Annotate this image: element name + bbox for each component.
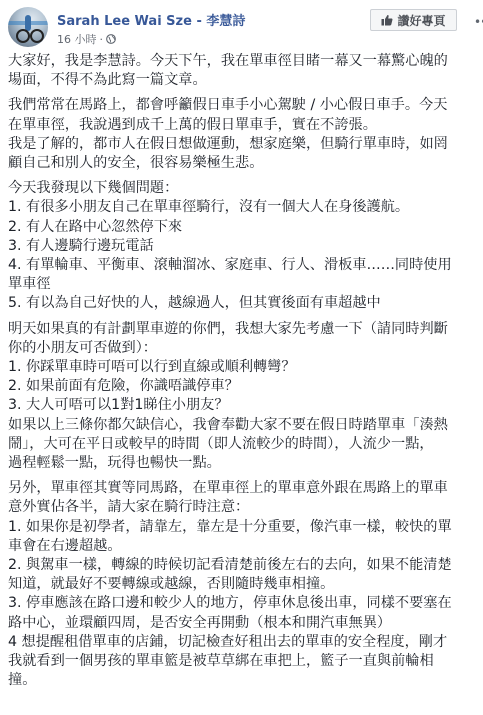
text-line: 在單車徑，我說遇到成千上萬的假日單車手，實在不誇張。 bbox=[8, 116, 478, 135]
list-item: 4. 有單輪車、平衡車、滾軸溜冰、家庭車、行人、滑板車……同時使用 bbox=[8, 256, 478, 275]
author-avatar[interactable] bbox=[8, 7, 48, 47]
list-item: 3. 停車應該在路口邊和較少人的地方，停車休息後出車，同樣不要塞在 bbox=[8, 594, 478, 613]
list-item: 4 想提醒租借單車的店鋪，切記檢查好租出去的單車的安全程度，剛才 bbox=[8, 633, 478, 652]
list-item: 車會在右邊超越。 bbox=[8, 537, 478, 556]
more-options-button[interactable]: ••• bbox=[474, 15, 483, 29]
text-line: 意外實佔各半，請大家在騎行時注意： bbox=[8, 498, 478, 517]
list-item: 1. 你踩單車時可唔可以行到直線或順利轉彎？ bbox=[8, 358, 478, 377]
list-item: 我就看到一個男孩的單車籃是被草草綁在車把上，籃子一直與前輪相 bbox=[8, 652, 478, 671]
post-body: 大家好，我是李慧詩。今天下午，我在單車徑目睹一幕又一幕驚心魄的 場面，不得不為此… bbox=[8, 52, 478, 697]
meta-separator: · bbox=[100, 33, 104, 46]
author-name-link[interactable]: Sarah Lee Wai Sze - 李慧詩 bbox=[57, 10, 245, 29]
list-item: 1. 有很多小朋友自己在單車徑騎行，沒有一個大人在身後護航。 bbox=[8, 198, 478, 217]
paragraph-context: 我們常常在馬路上，都會呼籲假日車手小心駕駛 / 小心假日車手。今天 在單車徑，我… bbox=[8, 96, 478, 173]
text-line: 如果以上三條你都欠缺信心，我會奉勸大家不要在假日時踏單車「湊熱 bbox=[8, 416, 478, 435]
list-item: 5. 有以為自己好快的人，越線過人，但其實後面有車超越中 bbox=[8, 294, 478, 313]
like-page-label: 讚好專頁 bbox=[397, 12, 445, 29]
text-line: 我們常常在馬路上，都會呼籲假日車手小心駕駛 / 小心假日車手。今天 bbox=[8, 96, 478, 115]
list-item: 2. 與駕車一樣，轉線的時候切記看清楚前後左右的去向，如果不能清楚 bbox=[8, 556, 478, 575]
text-line: 鬧」，大可在平日或較早的時間（即人流較少的時間），人流少一點， bbox=[8, 435, 478, 454]
globe-icon[interactable] bbox=[106, 34, 116, 44]
text-line: 我是了解的，都市人在假日想做運動，想家庭樂，但騎行單車時，如罔 bbox=[8, 135, 478, 154]
list-item: 路中心，並環顧四周，是否安全再開動（根本和開汽車無異） bbox=[8, 614, 478, 633]
post-meta: 16 小時 · bbox=[57, 31, 116, 47]
list-item: 2. 如果前面有危險，你識唔識停車？ bbox=[8, 377, 478, 396]
text-line: 你的小朋友可否做到）： bbox=[8, 339, 478, 358]
list-item: 3. 有人邊騎行邊玩電話 bbox=[8, 237, 478, 256]
paragraph-safety-tips: 另外，單車徑其實等同馬路，在單車徑上的單車意外跟在馬路上的單車 意外實佔各半，請… bbox=[8, 479, 478, 690]
list-item: 2. 有人在路中心忽然停下來 bbox=[8, 218, 478, 237]
list-item: 單車徑 bbox=[8, 275, 478, 294]
text-line: 另外，單車徑其實等同馬路，在單車徑上的單車意外跟在馬路上的單車 bbox=[8, 479, 478, 498]
text-line: 顧自己和別人的安全，很容易樂極生悲。 bbox=[8, 154, 478, 173]
avatar-rider bbox=[25, 15, 31, 31]
paragraph-intro: 大家好，我是李慧詩。今天下午，我在單車徑目睹一幕又一幕驚心魄的 場面，不得不為此… bbox=[8, 52, 478, 90]
text-line: 過程輕鬆一點，玩得也暢快一點。 bbox=[8, 454, 478, 473]
list-item: 1. 如果你是初學者，請靠左，靠左是十分重要，像汽車一樣，較快的單 bbox=[8, 518, 478, 537]
post-header: Sarah Lee Wai Sze - 李慧詩 16 小時 · 讚好專頁 ••• bbox=[8, 6, 483, 48]
post-timestamp[interactable]: 16 小時 bbox=[57, 31, 97, 47]
avatar-bike-wheel bbox=[16, 29, 30, 43]
avatar-bike-wheel bbox=[30, 29, 44, 43]
text-line: 場面，不得不為此寫一篇文章。 bbox=[8, 71, 478, 90]
paragraph-questions: 明天如果真的有計劃單車遊的你們，我想大家先考慮一下（請同時判斷 你的小朋友可否做… bbox=[8, 320, 478, 474]
list-item: 知道，就最好不要轉線或越線，否則隨時幾車相撞。 bbox=[8, 575, 478, 594]
list-item: 3. 大人可唔可以1對1睇住小朋友？ bbox=[8, 396, 478, 415]
like-page-button[interactable]: 讚好專頁 bbox=[370, 9, 457, 31]
paragraph-problems: 今天我發現以下幾個問題： 1. 有很多小朋友自己在單車徑騎行，沒有一個大人在身後… bbox=[8, 179, 478, 313]
thumbs-up-icon bbox=[381, 14, 393, 26]
list-item: 撞。 bbox=[8, 671, 478, 690]
text-line: 大家好，我是李慧詩。今天下午，我在單車徑目睹一幕又一幕驚心魄的 bbox=[8, 52, 478, 71]
text-line: 今天我發現以下幾個問題： bbox=[8, 179, 478, 198]
text-line: 明天如果真的有計劃單車遊的你們，我想大家先考慮一下（請同時判斷 bbox=[8, 320, 478, 339]
